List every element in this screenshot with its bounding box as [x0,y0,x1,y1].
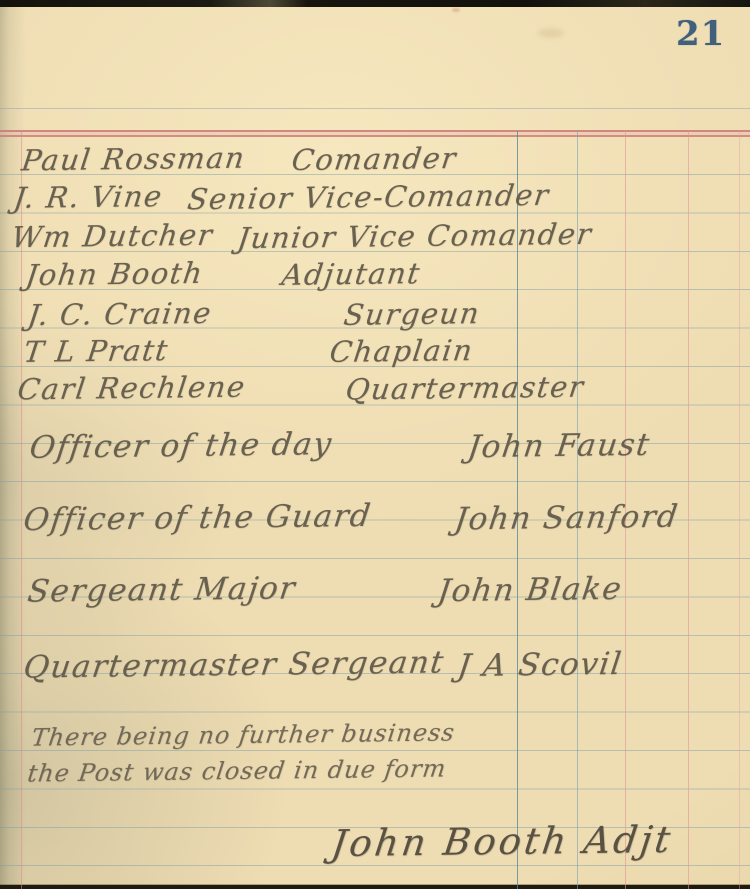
officer-title: Quartermaster [344,370,587,407]
adjutant-signature: John Booth Adjt [329,818,676,865]
officer-name: Paul Rossman [20,141,248,178]
ledger-page: 21 Paul Rossman Comander J. R. Vine Seni… [0,0,750,889]
ledger-line: Sergeant Major John Blake [0,572,750,614]
ledger-line: Officer of the Guard John Sanford [0,500,750,542]
appointment-title: Quartermaster Sergeant [21,644,446,685]
officer-name: J. R. Vine [12,179,165,215]
paper-stain [452,8,460,12]
appointment-title: Officer of the Guard [21,498,373,538]
officer-name: T L Pratt [22,333,171,369]
ledger-line: Paul Rossman Comander [0,142,750,184]
ledger-line: J. R. Vine Senior Vice-Comander [0,180,750,222]
page-number: 21 [676,14,736,54]
officer-title: Junior Vice Comander [236,217,595,255]
appointment-title: Officer of the day [27,426,334,466]
appointment-name: John Sanford [453,499,681,538]
officer-name: Carl Rechlene [16,370,248,407]
ledger-line: J. C. Craine Surgeun [0,297,750,339]
ledger-line: Wm Dutcher Junior Vice Comander [0,219,750,261]
paper-stain [538,28,564,38]
scan-edge-top [0,0,750,7]
ledger-line: Quartermaster Sergeant J A Scovil [0,647,750,689]
red-head-rule [0,130,750,137]
closing-text: There being no further business [30,718,457,751]
officer-name: J. C. Craine [26,296,215,332]
ledger-line: Officer of the day John Faust [0,428,750,470]
appointment-name: J A Scovil [456,646,625,684]
appointment-name: John Blake [436,571,625,609]
officer-title: Surgeun [342,296,483,332]
officer-title: Chaplain [328,333,476,369]
ledger-line: John Booth Adjutant [0,257,750,299]
ledger-line: T L Pratt Chaplain [0,334,750,376]
appointment-title: Sergeant Major [25,570,298,609]
ledger-line: Carl Rechlene Quartermaster [0,371,750,413]
closing-text: the Post was closed in due form [26,754,448,787]
officer-name: John Booth [24,256,206,292]
officer-title: Senior Vice-Comander [186,178,552,216]
closing-line: the Post was closed in due form [0,757,750,799]
officer-title: Adjutant [280,256,423,292]
signature-line: John Booth Adjt [0,820,750,862]
officer-name: Wm Dutcher [10,218,216,254]
officer-title: Comander [290,141,459,177]
appointment-name: John Faust [466,427,653,465]
faint-blue-rule [0,108,750,109]
